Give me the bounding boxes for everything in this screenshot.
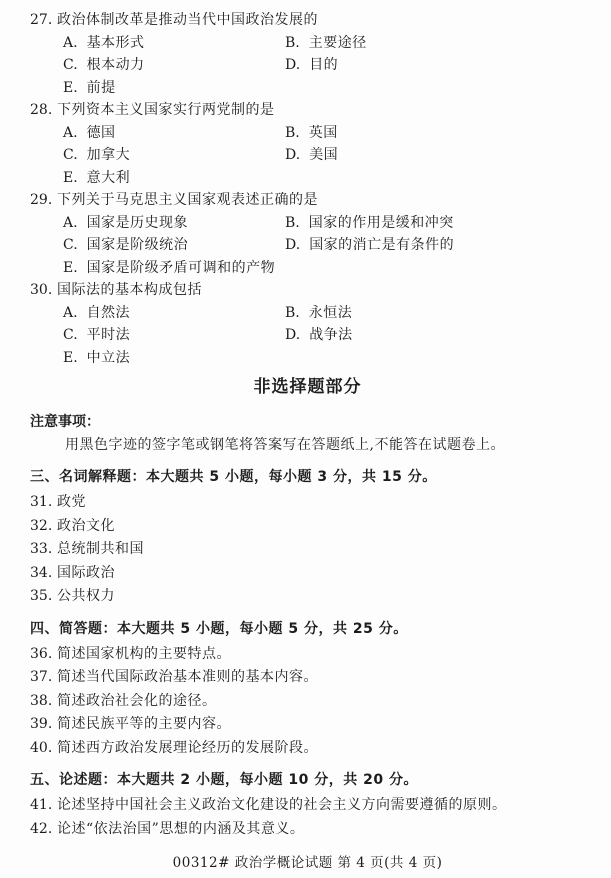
option-row: C.平时法 D.战争法 — [30, 324, 585, 347]
option-row: E.前提 — [30, 77, 585, 100]
numbered-item: 37.简述当代国际政治基本准则的基本内容。 — [30, 666, 585, 689]
item-text: 简述民族平等的主要内容。 — [57, 716, 231, 732]
mcq-question: 27.政治体制改革是推动当代中国政治发展的 A.基本形式 B.主要途径 C.根本… — [30, 9, 585, 99]
option: A.德国 — [63, 122, 285, 145]
option-text: 英国 — [309, 125, 338, 141]
option: B.主要途径 — [285, 32, 367, 55]
option-label: B. — [285, 125, 300, 141]
option-label: C. — [63, 327, 78, 343]
option-text: 根本动力 — [87, 57, 145, 73]
option: B.永恒法 — [285, 302, 352, 325]
option-text: 意大利 — [87, 170, 131, 186]
item-text: 论述坚持中国社会主义政治文化建设的社会主义方向需要遵循的原则。 — [57, 797, 507, 813]
option-label: E. — [63, 170, 78, 186]
option-row: E.中立法 — [30, 347, 585, 370]
mcq-question: 30.国际法的基本构成包括 A.自然法 B.永恒法 C.平时法 D.战争法 E.… — [30, 279, 585, 369]
option-label: D. — [285, 57, 300, 73]
section-heading: 四、简答题：本大题共 5 小题，每小题 5 分，共 25 分。 — [30, 618, 585, 641]
option-text: 美国 — [309, 147, 338, 163]
item-number: 36. — [30, 643, 57, 666]
item-text: 简述国家机构的主要特点。 — [57, 646, 231, 662]
question-number: 29. — [30, 189, 57, 212]
question-stem: 27.政治体制改革是推动当代中国政治发展的 — [30, 9, 585, 32]
option-row: C.根本动力 D.目的 — [30, 54, 585, 77]
option-label: D. — [285, 327, 300, 343]
option: E.国家是阶级矛盾可调和的产物 — [63, 257, 275, 280]
section-heading: 三、名词解释题：本大题共 5 小题，每小题 3 分，共 15 分。 — [30, 466, 585, 489]
numbered-item: 39.简述民族平等的主要内容。 — [30, 713, 585, 736]
option-label: B. — [285, 35, 300, 51]
question-stem-text: 国际法的基本构成包括 — [57, 282, 202, 298]
question-stem-text: 政治体制改革是推动当代中国政治发展的 — [57, 12, 318, 28]
option-text: 主要途径 — [309, 35, 367, 51]
question-stem: 30.国际法的基本构成包括 — [30, 279, 585, 302]
option-text: 加拿大 — [87, 147, 131, 163]
numbered-item: 35.公共权力 — [30, 585, 585, 608]
option-text: 国家是阶级矛盾可调和的产物 — [87, 260, 276, 276]
item-number: 40. — [30, 737, 57, 760]
option-label: C. — [63, 147, 78, 163]
option-text: 国家是历史现象 — [87, 215, 189, 231]
option: C.国家是阶级统治 — [63, 234, 285, 257]
notice-block: 注意事项： 用黑色字迹的签字笔或钢笔将答案写在答题纸上,不能答在试题卷上。 — [30, 411, 585, 456]
numbered-item: 38.简述政治社会化的途径。 — [30, 690, 585, 713]
mcq-question: 28.下列资本主义国家实行两党制的是 A.德国 B.英国 C.加拿大 D.美国 … — [30, 99, 585, 189]
option: C.平时法 — [63, 324, 285, 347]
option-text: 永恒法 — [309, 305, 353, 321]
option-label: E. — [63, 80, 78, 96]
option-row: A.自然法 B.永恒法 — [30, 302, 585, 325]
item-number: 31. — [30, 491, 57, 514]
option-label: E. — [63, 350, 78, 366]
option-label: A. — [63, 35, 78, 51]
item-number: 35. — [30, 585, 57, 608]
option: D.国家的消亡是有条件的 — [285, 234, 454, 257]
option: A.基本形式 — [63, 32, 285, 55]
option-label: A. — [63, 125, 78, 141]
item-number: 37. — [30, 666, 57, 689]
option-label: A. — [63, 305, 78, 321]
numbered-item: 32.政治文化 — [30, 515, 585, 538]
option-row: E.意大利 — [30, 167, 585, 190]
option-label: D. — [285, 237, 300, 253]
page-footer: 00312# 政治学概论试题 第 4 页(共 4 页) — [30, 853, 585, 873]
option: D.美国 — [285, 144, 338, 167]
item-text: 简述西方政治发展理论经历的发展阶段。 — [57, 740, 318, 756]
option-row: A.基本形式 B.主要途径 — [30, 32, 585, 55]
item-text: 总统制共和国 — [57, 541, 144, 557]
item-number: 42. — [30, 818, 57, 841]
section-short-answer: 四、简答题：本大题共 5 小题，每小题 5 分，共 25 分。 36.简述国家机… — [30, 618, 585, 760]
item-number: 34. — [30, 562, 57, 585]
section-essay: 五、论述题：本大题共 2 小题，每小题 10 分，共 20 分。 41.论述坚持… — [30, 769, 585, 840]
option-row: A.德国 B.英国 — [30, 122, 585, 145]
option-text: 前提 — [87, 80, 116, 96]
notice-body: 用黑色字迹的签字笔或钢笔将答案写在答题纸上,不能答在试题卷上。 — [30, 434, 585, 457]
option-label: B. — [285, 305, 300, 321]
section-term-definition: 三、名词解释题：本大题共 5 小题，每小题 3 分，共 15 分。 31.政党 … — [30, 466, 585, 608]
option-text: 平时法 — [87, 327, 131, 343]
section-heading: 五、论述题：本大题共 2 小题，每小题 10 分，共 20 分。 — [30, 769, 585, 792]
option-label: D. — [285, 147, 300, 163]
numbered-item: 42.论述“依法治国”思想的内涵及其意义。 — [30, 818, 585, 841]
option: C.加拿大 — [63, 144, 285, 167]
option: A.自然法 — [63, 302, 285, 325]
question-stem: 29.下列关于马克思主义国家观表述正确的是 — [30, 189, 585, 212]
option-text: 国家的消亡是有条件的 — [309, 237, 454, 253]
option: D.目的 — [285, 54, 338, 77]
option-text: 中立法 — [87, 350, 131, 366]
item-number: 38. — [30, 690, 57, 713]
question-stem: 28.下列资本主义国家实行两党制的是 — [30, 99, 585, 122]
item-number: 33. — [30, 538, 57, 561]
item-text: 政治文化 — [57, 518, 115, 534]
exam-page: 27.政治体制改革是推动当代中国政治发展的 A.基本形式 B.主要途径 C.根本… — [0, 0, 611, 873]
notice-title: 注意事项： — [30, 411, 585, 434]
mcq-question: 29.下列关于马克思主义国家观表述正确的是 A.国家是历史现象 B.国家的作用是… — [30, 189, 585, 279]
item-number: 41. — [30, 794, 57, 817]
numbered-item: 34.国际政治 — [30, 562, 585, 585]
numbered-item: 33.总统制共和国 — [30, 538, 585, 561]
option-text: 战争法 — [309, 327, 353, 343]
item-text: 国际政治 — [57, 565, 115, 581]
option-label: A. — [63, 215, 78, 231]
question-stem-text: 下列关于马克思主义国家观表述正确的是 — [57, 192, 318, 208]
item-number: 32. — [30, 515, 57, 538]
numbered-item: 36.简述国家机构的主要特点。 — [30, 643, 585, 666]
item-number: 39. — [30, 713, 57, 736]
numbered-item: 41.论述坚持中国社会主义政治文化建设的社会主义方向需要遵循的原则。 — [30, 794, 585, 817]
option-text: 国家的作用是缓和冲突 — [309, 215, 454, 231]
option: C.根本动力 — [63, 54, 285, 77]
option-text: 目的 — [309, 57, 338, 73]
option-label: B. — [285, 215, 300, 231]
item-text: 公共权力 — [57, 588, 115, 604]
option-row: A.国家是历史现象 B.国家的作用是缓和冲突 — [30, 212, 585, 235]
numbered-item: 40.简述西方政治发展理论经历的发展阶段。 — [30, 737, 585, 760]
option-text: 德国 — [87, 125, 116, 141]
option-label: C. — [63, 237, 78, 253]
nonselect-part-heading: 非选择题部分 — [30, 376, 585, 398]
numbered-item: 31.政党 — [30, 491, 585, 514]
option: B.英国 — [285, 122, 338, 145]
question-number: 30. — [30, 279, 57, 302]
option-text: 基本形式 — [87, 35, 145, 51]
option-row: C.国家是阶级统治 D.国家的消亡是有条件的 — [30, 234, 585, 257]
option: E.中立法 — [63, 347, 130, 370]
option: D.战争法 — [285, 324, 353, 347]
option-text: 国家是阶级统治 — [87, 237, 189, 253]
option: A.国家是历史现象 — [63, 212, 285, 235]
item-text: 政党 — [57, 494, 86, 510]
item-text: 简述政治社会化的途径。 — [57, 693, 217, 709]
question-number: 28. — [30, 99, 57, 122]
option-row: C.加拿大 D.美国 — [30, 144, 585, 167]
option-text: 自然法 — [87, 305, 131, 321]
option-label: E. — [63, 260, 78, 276]
item-text: 简述当代国际政治基本准则的基本内容。 — [57, 669, 318, 685]
question-stem-text: 下列资本主义国家实行两党制的是 — [57, 102, 275, 118]
option: B.国家的作用是缓和冲突 — [285, 212, 454, 235]
option: E.前提 — [63, 77, 116, 100]
option: E.意大利 — [63, 167, 130, 190]
item-text: 论述“依法治国”思想的内涵及其意义。 — [57, 821, 304, 837]
option-label: C. — [63, 57, 78, 73]
option-row: E.国家是阶级矛盾可调和的产物 — [30, 257, 585, 280]
question-number: 27. — [30, 9, 57, 32]
